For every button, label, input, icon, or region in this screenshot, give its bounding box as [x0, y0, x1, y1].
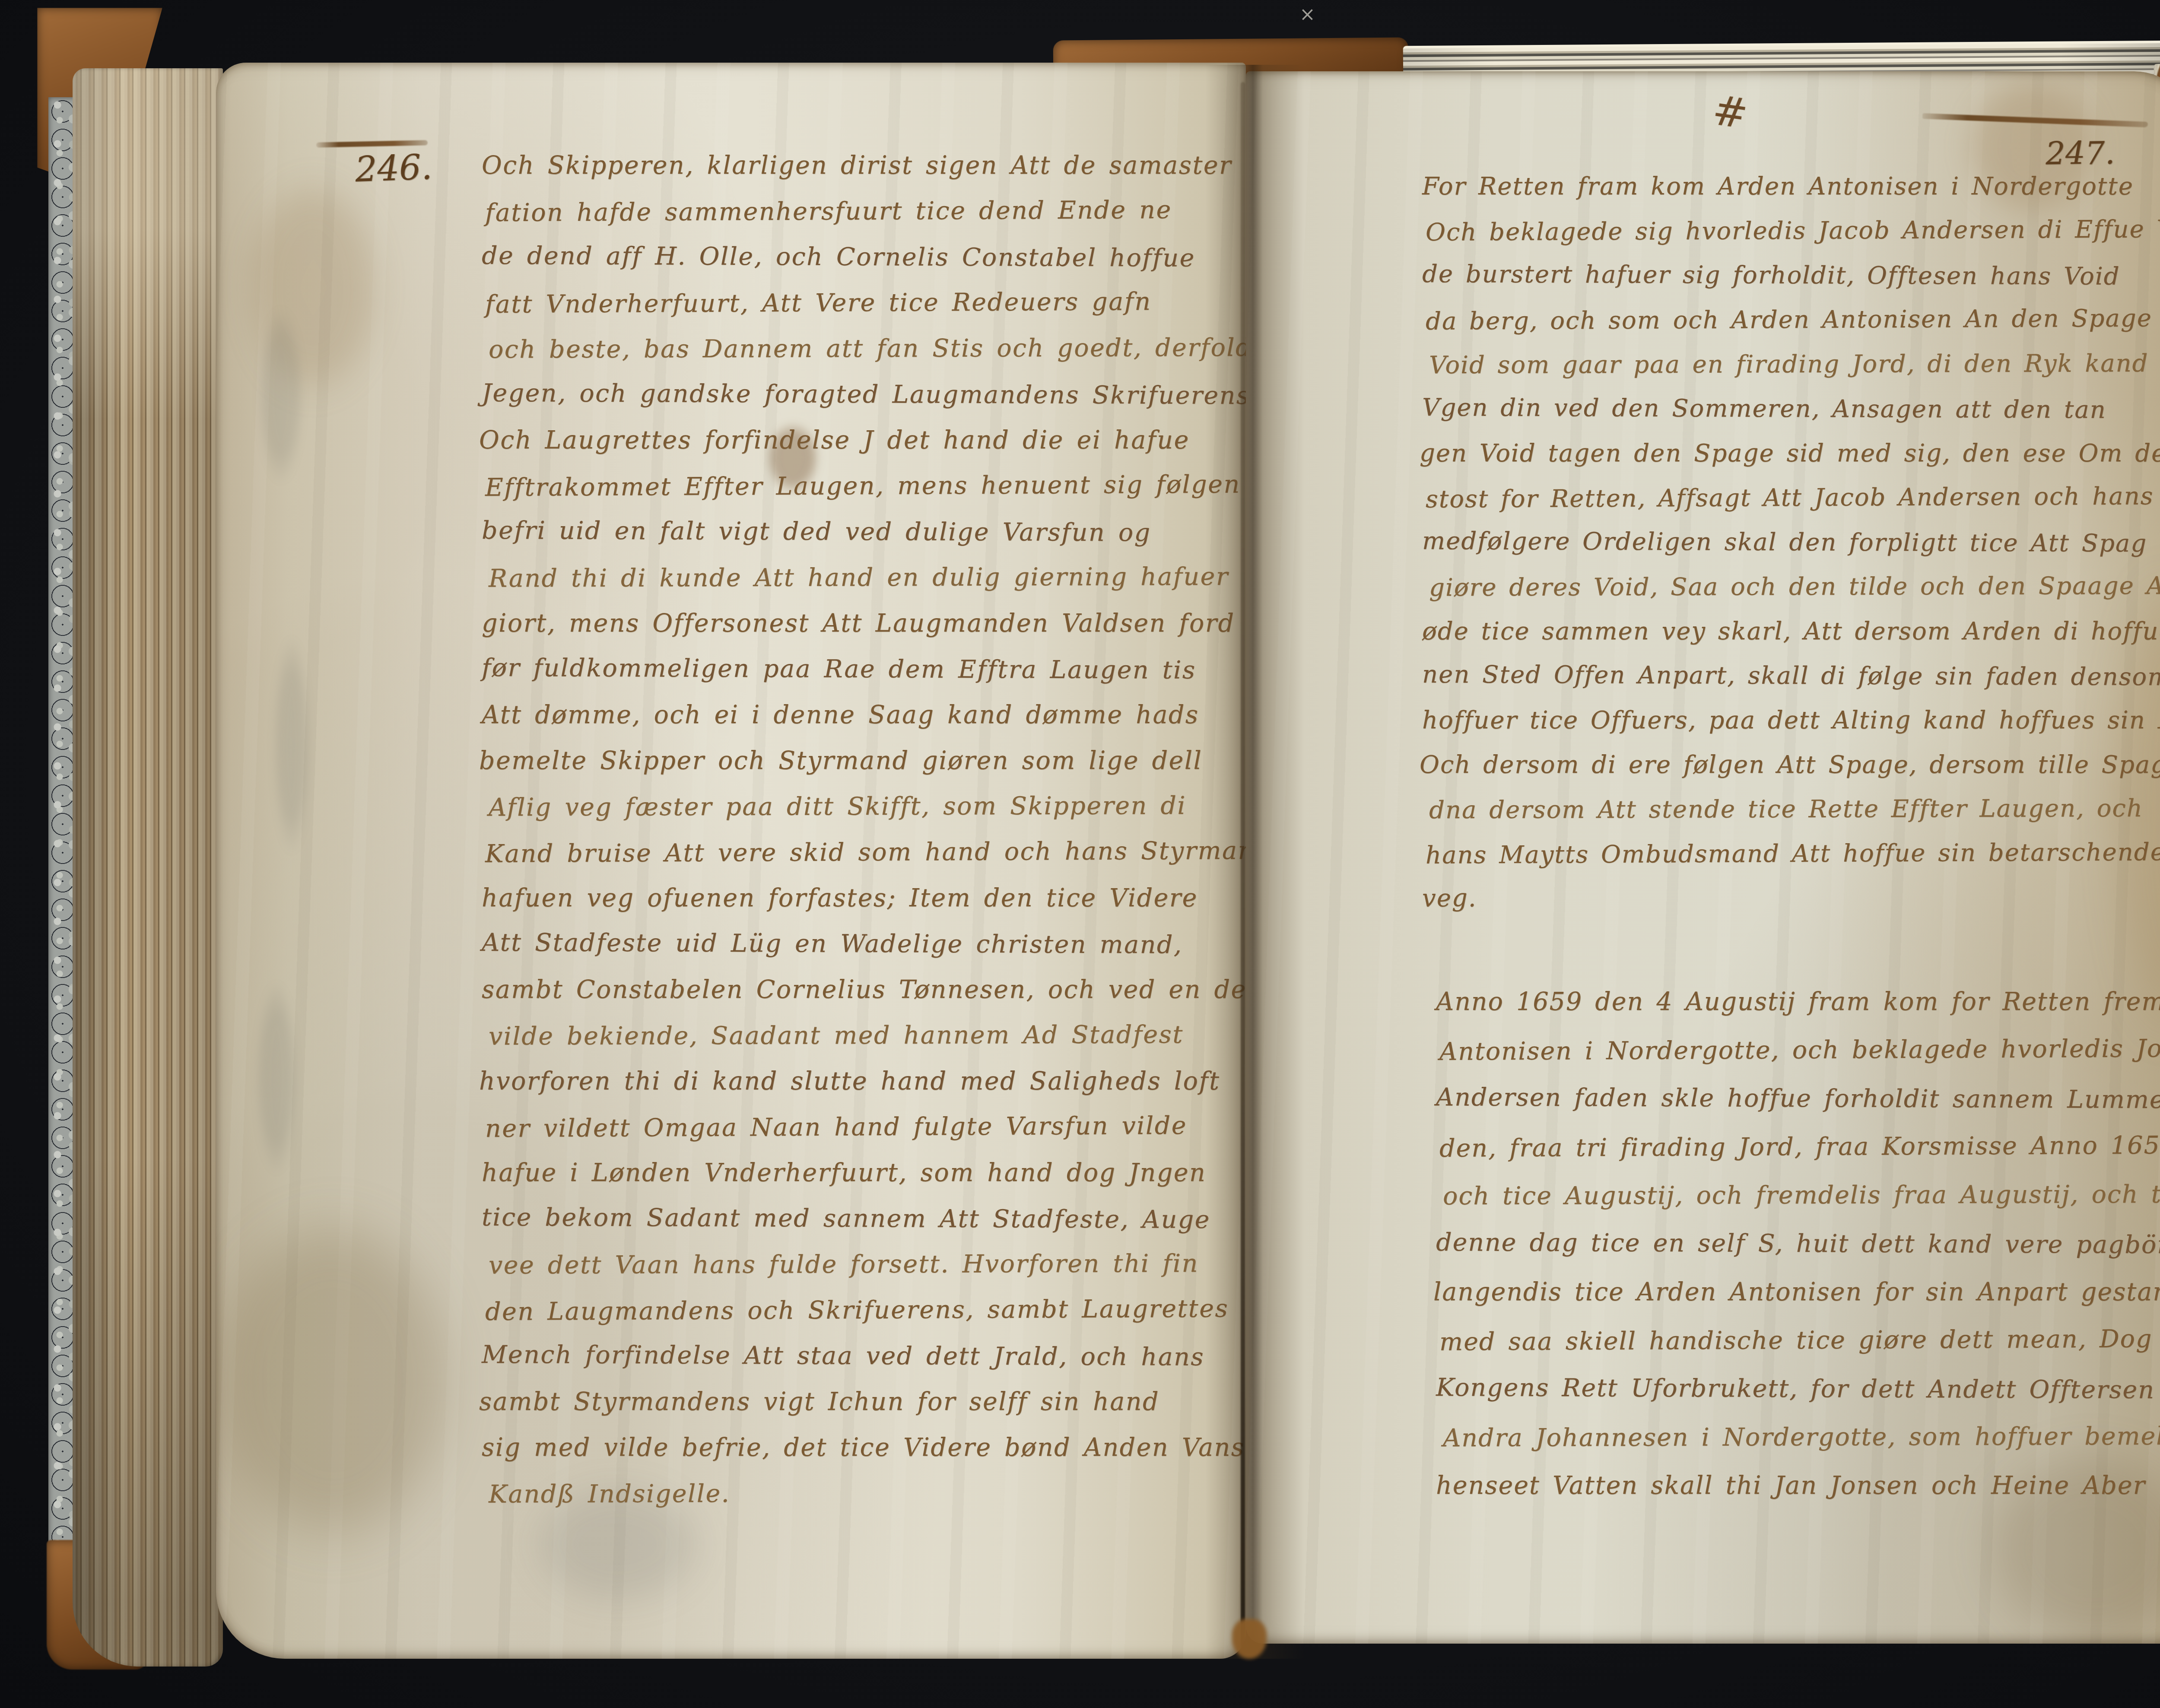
- manuscript-line: For Retten fram kom Arden Antonisen i No…: [1422, 164, 2157, 209]
- manuscript-line: sambt Styrmandens vigt Ichun for selff s…: [479, 1379, 1246, 1425]
- manuscript-line: før fuldkommeligen paa Rae dem Efftra La…: [482, 645, 1246, 693]
- manuscript-page-right-247: # 247. For Retten fram kom Arden Antonis…: [1246, 71, 2160, 1644]
- manuscript-line: denne dag tice en self S, huit dett kand…: [1436, 1218, 2160, 1269]
- manuscript-line: øde tice sammen vey skarl, Att dersom Ar…: [1422, 609, 2157, 654]
- manuscript-line: henseet Vatten skall thi Jan Jonsen och …: [1436, 1461, 2160, 1510]
- manuscript-line: vilde bekiende, Saadant med hannem Ad St…: [489, 1012, 1246, 1060]
- manuscript-line: Och Laugrettes forfindelse J det hand di…: [479, 417, 1246, 463]
- page-number-246: 246.: [354, 147, 432, 190]
- gutter-crease-line: [1241, 82, 1245, 1654]
- manuscript-line: befri uid en falt vigt ded ved dulige Va…: [482, 508, 1246, 556]
- manuscript-line: Och Skipperen, klarligen dirist sigen At…: [482, 143, 1246, 188]
- manuscript-line: medfølgere Ordeligen skal den forpligtt …: [1422, 519, 2157, 566]
- manuscript-line: och beste, bas Dannem att fan Stis och g…: [489, 325, 1246, 373]
- manuscript-line: Mench forfindelse Att staa ved dett Jral…: [482, 1332, 1246, 1380]
- manuscript-line: Vgen din ved den Sommeren, Ansagen att d…: [1422, 385, 2157, 432]
- manuscript-line: sig med vilde befrie, det tice Videre bø…: [482, 1425, 1246, 1470]
- manuscript-line: Antonisen i Nordergotte, och beklagede h…: [1439, 1024, 2160, 1076]
- manuscript-line: stost for Retten, Affsagt Att Jacob Ande…: [1426, 474, 2160, 521]
- manuscript-line: hafuen veg ofuenen forfastes; Item den t…: [482, 875, 1246, 921]
- manuscript-line: da berg, och som och Arden Antonisen An …: [1426, 296, 2160, 343]
- stroke-above-page-number: [316, 140, 428, 147]
- manuscript-line: hans Maytts Ombudsmand Att hoffue sin be…: [1426, 830, 2160, 877]
- photo-of-open-manuscript-book: { "meta": { "scene": "Photograph of an o…: [0, 0, 2160, 1708]
- manuscript-line: hoffuer tice Offuers, paa dett Alting ka…: [1422, 698, 2157, 743]
- leather-spine-tail: [1232, 1619, 1267, 1659]
- right-page-paragraph-2: Anno 1659 den 4 Augustij fram kom for Re…: [1436, 978, 2160, 1510]
- manuscript-line: veg.: [1422, 876, 2157, 921]
- right-page-paragraph-1: For Retten fram kom Arden Antonisen i No…: [1422, 164, 2157, 921]
- manuscript-line: Andra Johannesen i Nordergotte, som hoff…: [1443, 1412, 2160, 1462]
- manuscript-line: Kand bruise Att vere skid som hand och h…: [485, 828, 1246, 877]
- hash-section-mark: #: [1710, 86, 1751, 138]
- manuscript-line: de dend aff H. Olle, och Cornelis Consta…: [482, 233, 1246, 281]
- manuscript-line: Aflig veg fæster paa ditt Skifft, som Sk…: [489, 783, 1246, 831]
- manuscript-line: tice bekom Sadant med sannem Att Stadfes…: [482, 1194, 1246, 1243]
- show-through-ghost-writing: [257, 305, 305, 486]
- manuscript-line: Jegen, och gandske foragted Laugmandens …: [482, 370, 1246, 419]
- manuscript-line: Void som gaar paa en firading Jord, di d…: [1429, 341, 2160, 387]
- manuscript-line: Och beklagede sig hvorledis Jacob Anders…: [1426, 207, 2160, 254]
- manuscript-line: gen Void tagen den Spage sid med sig, de…: [1420, 431, 2154, 476]
- manuscript-line: giøre deres Void, Saa och den tilde och …: [1429, 564, 2160, 610]
- show-through-ghost-writing: [272, 633, 311, 857]
- page-stack-fore-edge-left: [73, 68, 223, 1667]
- manuscript-line: vee dett Vaan hans fulde forsett. Hvorfo…: [489, 1241, 1246, 1289]
- manuscript-line: de burstert hafuer sig forholdit, Offtes…: [1422, 252, 2157, 299]
- manuscript-line: hvorforen thi di kand slutte hand med Sa…: [479, 1058, 1246, 1104]
- manuscript-line: fatt Vnderherfuurt, Att Vere tice Redeue…: [485, 278, 1246, 327]
- show-through-ghost-writing: [255, 978, 298, 1177]
- manuscript-line: fation hafde sammenhersfuurt tice dend E…: [485, 187, 1246, 236]
- manuscript-line: Rand thi di kunde Att hand en dulig gier…: [489, 554, 1246, 602]
- manuscript-line: med saa skiell handische tice giøre dett…: [1439, 1314, 2160, 1366]
- manuscript-line: och tice Augustij, och fremdelis fraa Au…: [1443, 1170, 2160, 1220]
- manuscript-line: Anno 1659 den 4 Augustij fram kom for Re…: [1436, 978, 2160, 1026]
- manuscript-line: dna dersom Att stende tice Rette Effter …: [1429, 786, 2160, 832]
- manuscript-line: Att Stadfeste uid Lüg en Wadelige christ…: [482, 920, 1246, 968]
- flourish-above-page-number: [1922, 113, 2148, 127]
- manuscript-line: Att dømme, och ei i denne Saag kand dømm…: [482, 692, 1246, 738]
- manuscript-line: Kandß Indsigelle.: [489, 1470, 1246, 1518]
- manuscript-line: giort, mens Offersonest Att Laugmanden V…: [482, 600, 1246, 646]
- manuscript-line: hafue i Lønden Vnderherfuurt, som hand d…: [482, 1150, 1246, 1196]
- manuscript-line: bemelte Skipper och Styrmand giøren som …: [479, 738, 1246, 784]
- manuscript-line: Kongens Rett Uforbrukett, for dett Andet…: [1436, 1363, 2160, 1414]
- manuscript-line: Och dersom di ere følgen Att Spage, ders…: [1420, 743, 2154, 787]
- manuscript-line: sambt Constabelen Cornelius Tønnesen, oc…: [482, 967, 1246, 1013]
- manuscript-line: den Laugmandens och Skrifuerens, sambt L…: [485, 1286, 1246, 1335]
- manuscript-page-left-246: 246. Och Skipperen, klarligen dirist sig…: [216, 63, 1246, 1659]
- paper-stain: [216, 1203, 467, 1557]
- manuscript-line: nen Sted Offen Anpart, skall di følge si…: [1422, 652, 2157, 699]
- manuscript-line: den, fraa tri firading Jord, fraa Korsmi…: [1439, 1121, 2160, 1172]
- manuscript-line: ner vildett Omgaa Naan hand fulgte Varsf…: [485, 1102, 1246, 1152]
- left-page-text-block: Och Skipperen, klarligen dirist sigen At…: [482, 143, 1246, 1516]
- manuscript-line: langendis tice Arden Antonisen for sin A…: [1433, 1268, 2159, 1316]
- manuscript-line: Efftrakommet Effter Laugen, mens henuent…: [485, 461, 1246, 511]
- small-cross-mark: ×: [1299, 3, 1315, 25]
- manuscript-line: Andersen faden skle hoffue forholdit san…: [1436, 1073, 2160, 1124]
